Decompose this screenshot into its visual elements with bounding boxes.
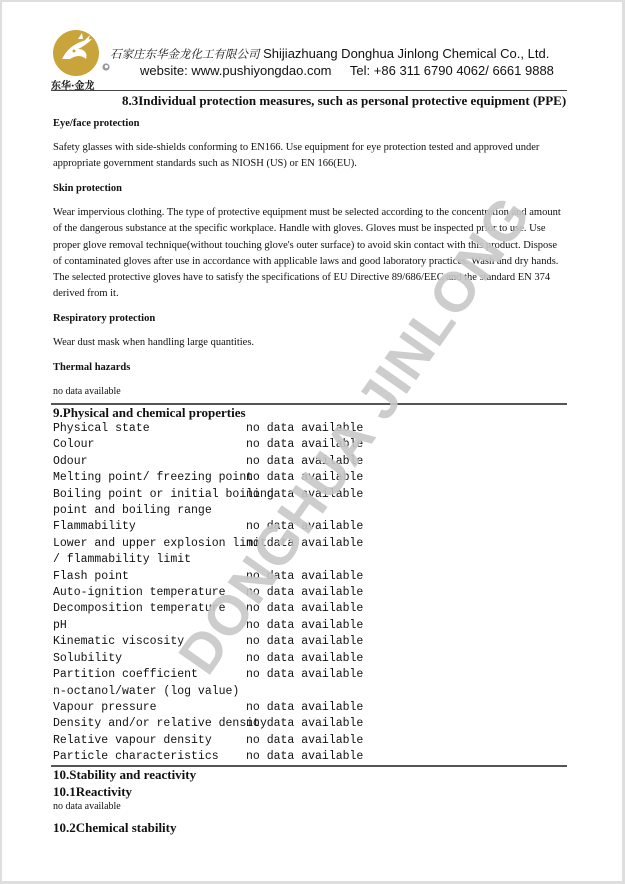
chemical-stability-heading: 10.2Chemical stability	[53, 820, 177, 836]
property-value: no data available	[246, 437, 363, 453]
property-label: Boiling point or initial boiling	[53, 487, 246, 503]
eye-protection-heading: Eye/face protection	[53, 118, 139, 129]
property-label: Decomposition temperature	[53, 601, 246, 617]
property-value: no data available	[246, 667, 363, 683]
property-row: Decomposition temperatureno data availab…	[53, 601, 363, 617]
company-name-cn: 石家庄东华金龙化工有限公司	[110, 47, 260, 61]
property-row: Vapour pressureno data available	[53, 700, 363, 716]
reactivity-text: no data available	[53, 801, 121, 812]
property-value: no data available	[246, 536, 363, 552]
property-row: Particle characteristicsno data availabl…	[53, 749, 363, 765]
property-row: pHno data available	[53, 618, 363, 634]
property-value: no data available	[246, 421, 363, 437]
property-value: no data available	[246, 519, 363, 535]
section-9-title: 9.Physical and chemical properties	[53, 405, 246, 421]
company-name-line: 石家庄东华金龙化工有限公司 Shijiazhuang Donghua Jinlo…	[110, 46, 549, 62]
property-label-continuation: n-octanol/water (log value)	[53, 684, 363, 700]
website-link[interactable]: www.pushiyongdao.com	[191, 63, 331, 78]
property-value: no data available	[246, 618, 363, 634]
property-value: no data available	[246, 716, 363, 732]
property-value: no data available	[246, 749, 363, 765]
property-row: Solubilityno data available	[53, 651, 363, 667]
property-label: Partition coefficient	[53, 667, 246, 683]
property-row: Boiling point or initial boilingno data …	[53, 487, 363, 503]
property-label: Flash point	[53, 569, 246, 585]
property-row: Partition coefficientno data available	[53, 667, 363, 683]
property-label: Solubility	[53, 651, 246, 667]
company-name-en: Shijiazhuang Donghua Jinlong Chemical Co…	[263, 46, 549, 61]
property-label: Kinematic viscosity	[53, 634, 246, 650]
property-row: Flash pointno data available	[53, 569, 363, 585]
thermal-hazards-text: no data available	[53, 386, 121, 397]
property-label: Physical state	[53, 421, 246, 437]
property-label: Lower and upper explosion limit	[53, 536, 246, 552]
property-value: no data available	[246, 700, 363, 716]
property-value: no data available	[246, 569, 363, 585]
property-row: Odourno data available	[53, 454, 363, 470]
tel-label: Tel:	[350, 63, 370, 78]
swirl-icon	[102, 63, 110, 71]
property-value: no data available	[246, 601, 363, 617]
skin-protection-text: Wear impervious clothing. The type of pr…	[53, 205, 568, 303]
dragon-logo-icon	[52, 29, 100, 77]
property-label: Colour	[53, 437, 246, 453]
property-value: no data available	[246, 585, 363, 601]
property-row: Physical stateno data available	[53, 421, 363, 437]
property-value: no data available	[246, 470, 363, 486]
property-row: Melting point/ freezing pointno data ava…	[53, 470, 363, 486]
property-row: Flammabilityno data available	[53, 519, 363, 535]
tel-number: +86 311 6790 4062/ 6661 9888	[374, 63, 554, 78]
property-value: no data available	[246, 487, 363, 503]
property-row: Kinematic viscosityno data available	[53, 634, 363, 650]
property-label: Particle characteristics	[53, 749, 246, 765]
property-label: Flammability	[53, 519, 246, 535]
property-value: no data available	[246, 651, 363, 667]
respiratory-protection-heading: Respiratory protection	[53, 313, 155, 324]
section-8-3-title: 8.3Individual protection measures, such …	[122, 93, 566, 109]
property-label: Density and/or relative density	[53, 716, 246, 732]
property-row: Lower and upper explosion limitno data a…	[53, 536, 363, 552]
property-label: Auto-ignition temperature	[53, 585, 246, 601]
header-divider	[51, 90, 567, 91]
skin-protection-heading: Skin protection	[53, 183, 122, 194]
property-row: Auto-ignition temperatureno data availab…	[53, 585, 363, 601]
property-row: Colourno data available	[53, 437, 363, 453]
contact-line: website: www.pushiyongdao.com Tel: +86 3…	[140, 63, 554, 78]
respiratory-protection-text: Wear dust mask when handling large quant…	[53, 335, 568, 351]
section-10-title: 10.Stability and reactivity	[53, 767, 196, 783]
property-label: pH	[53, 618, 246, 634]
property-label: Odour	[53, 454, 246, 470]
property-value: no data available	[246, 454, 363, 470]
property-label-continuation: point and boiling range	[53, 503, 363, 519]
property-label: Relative vapour density	[53, 733, 246, 749]
properties-table: Physical stateno data availableColourno …	[53, 421, 363, 766]
reactivity-heading: 10.1Reactivity	[53, 784, 132, 800]
property-row: Relative vapour densityno data available	[53, 733, 363, 749]
property-label: Vapour pressure	[53, 700, 246, 716]
eye-protection-text: Safety glasses with side-shields conform…	[53, 140, 568, 173]
property-label: Melting point/ freezing point	[53, 470, 246, 486]
document-page: 东华·金龙 DONGHUA JINLONG 石家庄东华金龙化工有限公司 Shij…	[0, 0, 625, 884]
thermal-hazards-heading: Thermal hazards	[53, 362, 130, 373]
property-value: no data available	[246, 634, 363, 650]
property-value: no data available	[246, 733, 363, 749]
website-label: website:	[140, 63, 188, 78]
property-label-continuation: / flammability limit	[53, 552, 363, 568]
property-row: Density and/or relative densityno data a…	[53, 716, 363, 732]
